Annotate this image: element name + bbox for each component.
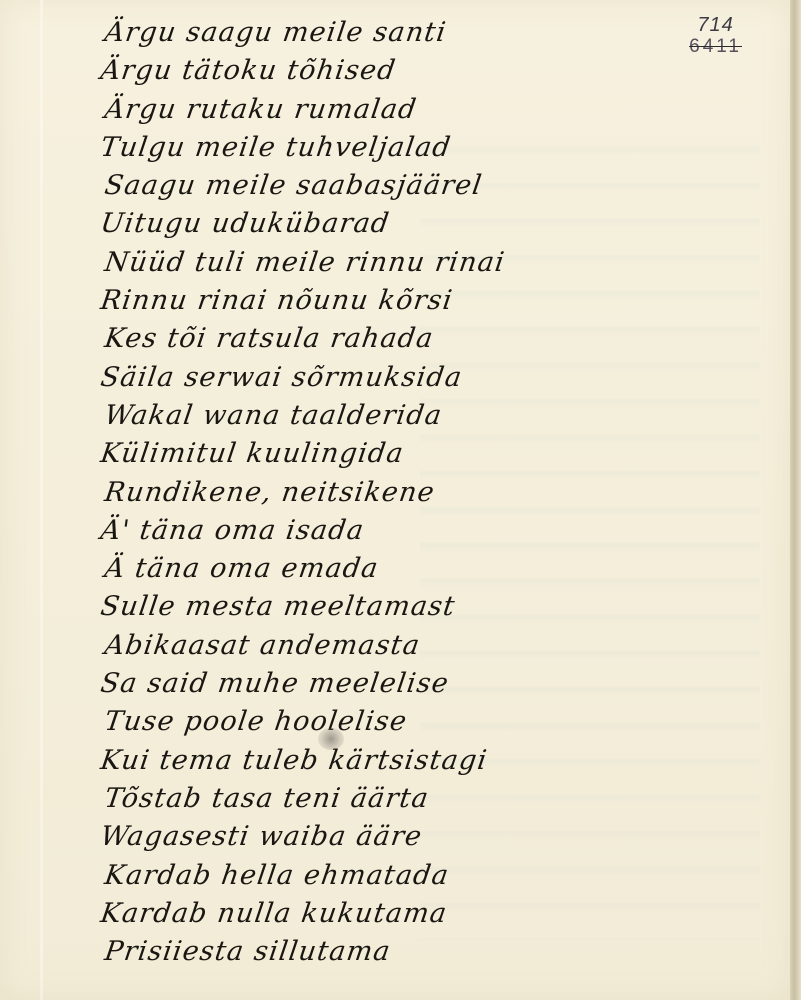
poem-text: Ärgu saagu meile santi Ärgu tätoku tõhis…: [98, 14, 502, 971]
poem-line: Saagu meile saabasjäärel: [98, 167, 508, 205]
catalog-number-crossed-out: 6411: [689, 36, 742, 58]
poem-line: Ärgu rutaku rumalad: [98, 91, 508, 129]
poem-line: Sa said muhe meelelise: [98, 665, 508, 703]
poem-line: Kui tema tuleb kärtsistagi: [98, 742, 508, 780]
catalog-number: 714 6411: [689, 14, 742, 58]
poem-line: Rundikene, neitsikene: [98, 474, 508, 512]
poem-line: Ärgu saagu meile santi: [98, 14, 508, 52]
ink-smudge: [318, 728, 344, 750]
poem-line: Kes tõi ratsula rahada: [98, 320, 508, 358]
poem-line: Nüüd tuli meile rinnu rinai: [98, 244, 508, 282]
poem-line: Wakal wana taalderida: [98, 397, 508, 435]
poem-line: Ärgu tätoku tõhised: [98, 52, 508, 90]
poem-line: Rinnu rinai nõunu kõrsi: [98, 282, 508, 320]
catalog-number-current: 714: [689, 14, 742, 36]
poem-line: Tulgu meile tuhveljalad: [98, 129, 508, 167]
poem-line: Ä täna oma emada: [98, 550, 508, 588]
poem-line: Wagasesti waiba ääre: [98, 818, 508, 856]
poem-line: Tuse poole hoolelise: [98, 703, 508, 741]
paper-fold-line: [40, 0, 43, 1000]
poem-line: Säila serwai sõrmuksida: [98, 359, 508, 397]
poem-line: Kardab nulla kukutama: [98, 895, 508, 933]
poem-line: Ä' täna oma isada: [98, 512, 508, 550]
page-edge: [790, 0, 801, 1000]
poem-line: Uitugu udukübarad: [98, 205, 508, 243]
manuscript-page: 714 6411 Ärgu saagu meile santi Ärgu tät…: [0, 0, 790, 1000]
poem-line: Prisiiesta sillutama: [98, 933, 508, 971]
poem-line: Sulle mesta meeltamast: [98, 588, 508, 626]
poem-line: Abikaasat andemasta: [98, 627, 508, 665]
poem-line: Kardab hella ehmatada: [98, 857, 508, 895]
poem-line: Külimitul kuulingida: [98, 435, 508, 473]
poem-line: Tõstab tasa teni äärta: [98, 780, 508, 818]
